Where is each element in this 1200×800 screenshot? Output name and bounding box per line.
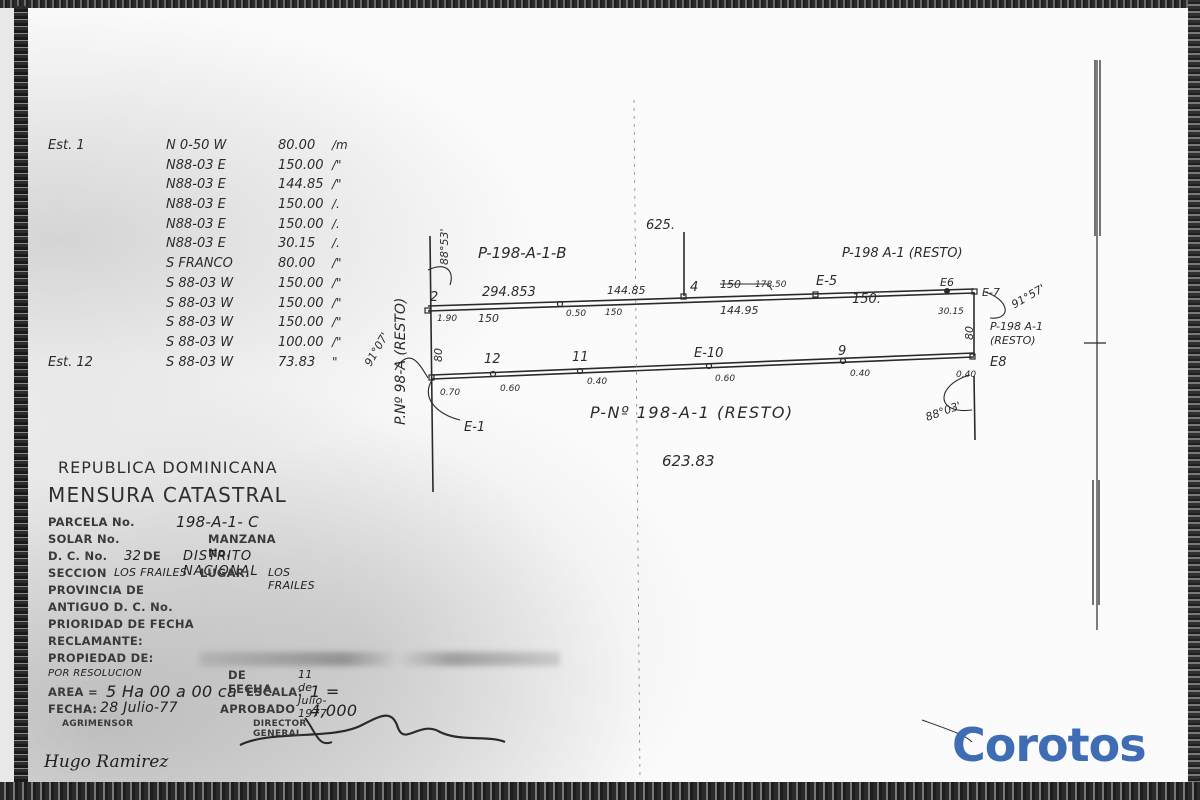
offset-1-90: 1.90 — [437, 314, 457, 324]
station-4: 4 — [690, 280, 698, 295]
parcela-value: 198-A-1- C — [176, 513, 259, 531]
west-side-length: 80 — [432, 348, 445, 362]
provincia-row: PROVINCIA DE — [48, 583, 287, 600]
document-title: MENSURA CATASTRAL — [48, 483, 287, 507]
east-side-length: 80 — [963, 326, 976, 340]
aprobado-label: APROBADO — [220, 702, 295, 716]
station-11: 11 — [572, 350, 589, 365]
station-e1: E-1 — [464, 420, 485, 435]
parcel-north-label: P-198-A-1-B — [478, 244, 567, 262]
top-segment-3: 150 — [720, 278, 741, 291]
escala-label: ESCALA: — [246, 685, 303, 699]
antiguo-row: ANTIGUO D. C. No. — [48, 600, 287, 617]
top-segment-2: 144.85 — [607, 284, 646, 297]
station-e7: E-7 — [982, 286, 1000, 299]
fecha-value: 28 Julio-77 — [100, 700, 178, 716]
station-e10: E-10 — [694, 346, 723, 361]
bottom-offset-0: 0.70 — [440, 388, 460, 398]
solar-row: SOLAR No. MANZANA No. — [48, 532, 287, 549]
station-2: 2 — [430, 290, 438, 305]
parcela-label: PARCELA No. — [48, 515, 135, 529]
top-below-3: 144.95 — [720, 304, 759, 317]
de-label: DE — [143, 549, 161, 563]
station-e5: E-5 — [816, 274, 837, 289]
station-e6: E6 — [940, 276, 954, 289]
prioridad-row: PRIORIDAD DE FECHA — [48, 617, 287, 634]
offset-0-50: 0.50 — [566, 309, 586, 319]
por-resolucion: POR RESOLUCION — [48, 668, 142, 679]
title-block: REPUBLICA DOMINICANA MENSURA CATASTRAL P… — [48, 458, 287, 736]
seccion-row: SECCION LOS FRAILES LUGAR: LOS FRAILES — [48, 566, 287, 583]
reclamante-label: RECLAMANTE: — [48, 634, 143, 648]
station-9: 9 — [838, 344, 846, 359]
fecha-row: FECHA: 28 Julio-77 APROBADO — [48, 702, 287, 719]
bottom-offset-1: 0.60 — [500, 384, 520, 394]
bottom-offset-4: 0.40 — [850, 369, 870, 379]
parcel-northeast-label: P-198 A-1 (RESTO) — [842, 246, 963, 261]
agrimensor-signature: Hugo Ramirez — [44, 752, 168, 772]
bottom-offset-3: 0.60 — [715, 374, 735, 384]
station-12: 12 — [484, 352, 501, 367]
solar-label: SOLAR No. — [48, 532, 120, 546]
parcel-east-label: P-198 A-1 (RESTO) — [990, 320, 1060, 348]
propiedad-label: PROPIEDAD DE: — [48, 651, 154, 665]
angle-nw: 88°53' — [438, 228, 451, 265]
redacted-owner-name — [200, 652, 560, 666]
provincia-label: PROVINCIA DE — [48, 583, 144, 597]
director-label: DIRECTOR GENERAL — [253, 719, 307, 739]
seccion-value: LOS FRAILES — [114, 566, 187, 579]
top-segment-1: 294.853 — [482, 285, 536, 300]
bottom-offset-2: 0.40 — [587, 377, 607, 387]
prioridad-label: PRIORIDAD DE FECHA — [48, 617, 194, 631]
area-value: 5 Ha 00 a 00 ca — [106, 682, 237, 701]
top-below-2: 150 — [605, 308, 622, 318]
top-below-1: 150 — [478, 312, 499, 325]
corotos-logo: Corotos — [952, 718, 1146, 772]
station-e8: E8 — [990, 355, 1007, 370]
lugar-label: LUGAR: — [200, 566, 250, 580]
reclamante-row: RECLAMANTE: — [48, 634, 287, 651]
dc-label: D. C. No. — [48, 549, 107, 563]
bottom-total-label: 623.83 — [662, 452, 715, 470]
fecha-label: FECHA: — [48, 702, 97, 716]
escala-value: 1 = 4,000 — [310, 682, 357, 720]
dc-row: D. C. No. 32 DE DISTRITO NACIONAL — [48, 549, 287, 566]
parcela-row: PARCELA No. 198-A-1- C — [48, 515, 287, 532]
dc-value: 32 — [124, 549, 141, 564]
parcel-west-label: P.Nº 98-A (RESTO) — [393, 298, 409, 425]
agrimensor-label: AGRIMENSOR — [62, 719, 133, 729]
parcel-south-label: P-Nº 198-A-1 (RESTO) — [590, 403, 794, 422]
top-total-label: 625. — [646, 218, 675, 233]
propiedad-row: PROPIEDAD DE: — [48, 651, 287, 668]
antiguo-label: ANTIGUO D. C. No. — [48, 600, 173, 614]
top-segment-5: 150. — [852, 292, 881, 307]
seccion-label: SECCION — [48, 566, 107, 580]
top-segment-4: 178.50 — [755, 280, 787, 290]
signature-row: AGRIMENSOR DIRECTOR GENERAL — [48, 719, 287, 736]
bottom-offset-5: 0.40 — [956, 370, 976, 380]
country-heading: REPUBLICA DOMINICANA — [58, 458, 287, 477]
survey-sheet: Est. 1N 0-50 W80.00/mN88-03 E150.00/"N88… — [0, 0, 1200, 800]
area-label: AREA = — [48, 685, 98, 699]
offset-30-15: 30.15 — [938, 307, 964, 317]
